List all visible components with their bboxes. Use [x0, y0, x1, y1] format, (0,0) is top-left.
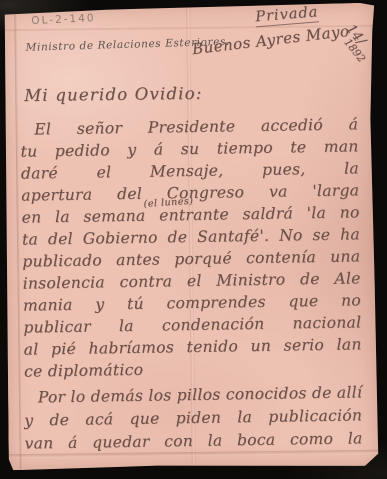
scan-background: OL-2-140 Privada Ministro de Relaciones … — [0, 0, 387, 479]
letter-paper: OL-2-140 Privada Ministro de Relaciones … — [3, 3, 380, 470]
private-note-text: Privada — [255, 4, 319, 27]
letter-body-paragraph-1: El señor Presidente accedió á tu pedido … — [20, 113, 362, 382]
body-line: ce diplomático — [24, 355, 362, 382]
archive-code: OL-2-140 — [31, 12, 96, 27]
dateline-place: Buenos Ayres Mayo — [191, 22, 350, 58]
letter-body-paragraph-2: Por lo demás los pillos conocidos de all… — [24, 381, 363, 455]
body-line: van á quedar con la boca como la — [24, 427, 362, 455]
greeting-line: Mi querido Ovidio: — [24, 84, 203, 105]
private-note: Privada — [255, 4, 319, 25]
